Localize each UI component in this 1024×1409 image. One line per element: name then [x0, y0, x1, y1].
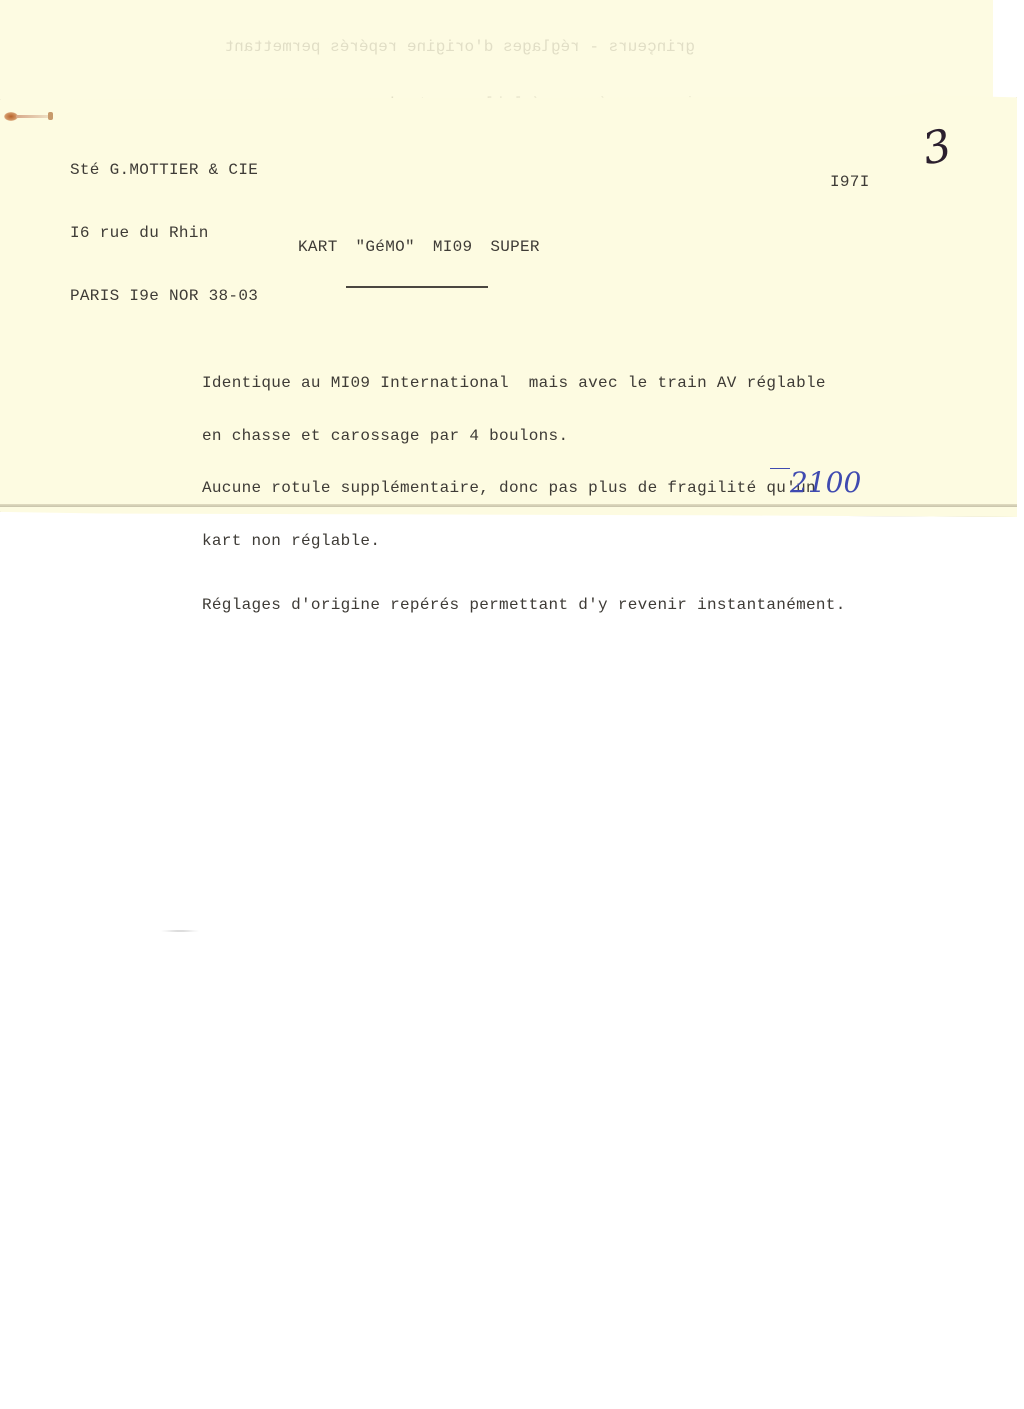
handwritten-price: 2100	[790, 466, 861, 499]
body-line: en chasse et carossage par 4 boulons.	[202, 428, 846, 446]
body-line: Identique au MI09 International mais ave…	[202, 375, 846, 393]
scan-specks	[160, 930, 200, 932]
title-underline	[346, 286, 488, 288]
body-line: Aucune rotule supplémentaire, donc pas p…	[202, 480, 846, 498]
document-title: KART "GéMO" MI09 SUPER	[298, 238, 540, 256]
document-year: I97I	[830, 173, 870, 191]
closing-line: Réglages d'origine repérés permettant d'…	[202, 597, 846, 615]
price-dash	[770, 468, 790, 469]
back-paper-sheet: grinçeurs - réglages d'origine repérés p…	[0, 0, 993, 100]
description-body: Identique au MI09 International mais ave…	[202, 340, 846, 632]
sender-city-phone: PARIS I9e NOR 38-03	[70, 286, 258, 307]
sender-street: I6 rue du Rhin	[70, 223, 258, 244]
sender-address: Sté G.MOTTIER & CIE I6 rue du Rhin PARIS…	[70, 118, 258, 328]
rust-streak	[16, 115, 50, 118]
staple-hole-icon	[48, 112, 53, 120]
bleed-line: grinçeurs - réglages d'origine repérés p…	[225, 38, 695, 57]
sender-company: Sté G.MOTTIER & CIE	[70, 160, 258, 181]
body-line: kart non réglable.	[202, 533, 846, 551]
